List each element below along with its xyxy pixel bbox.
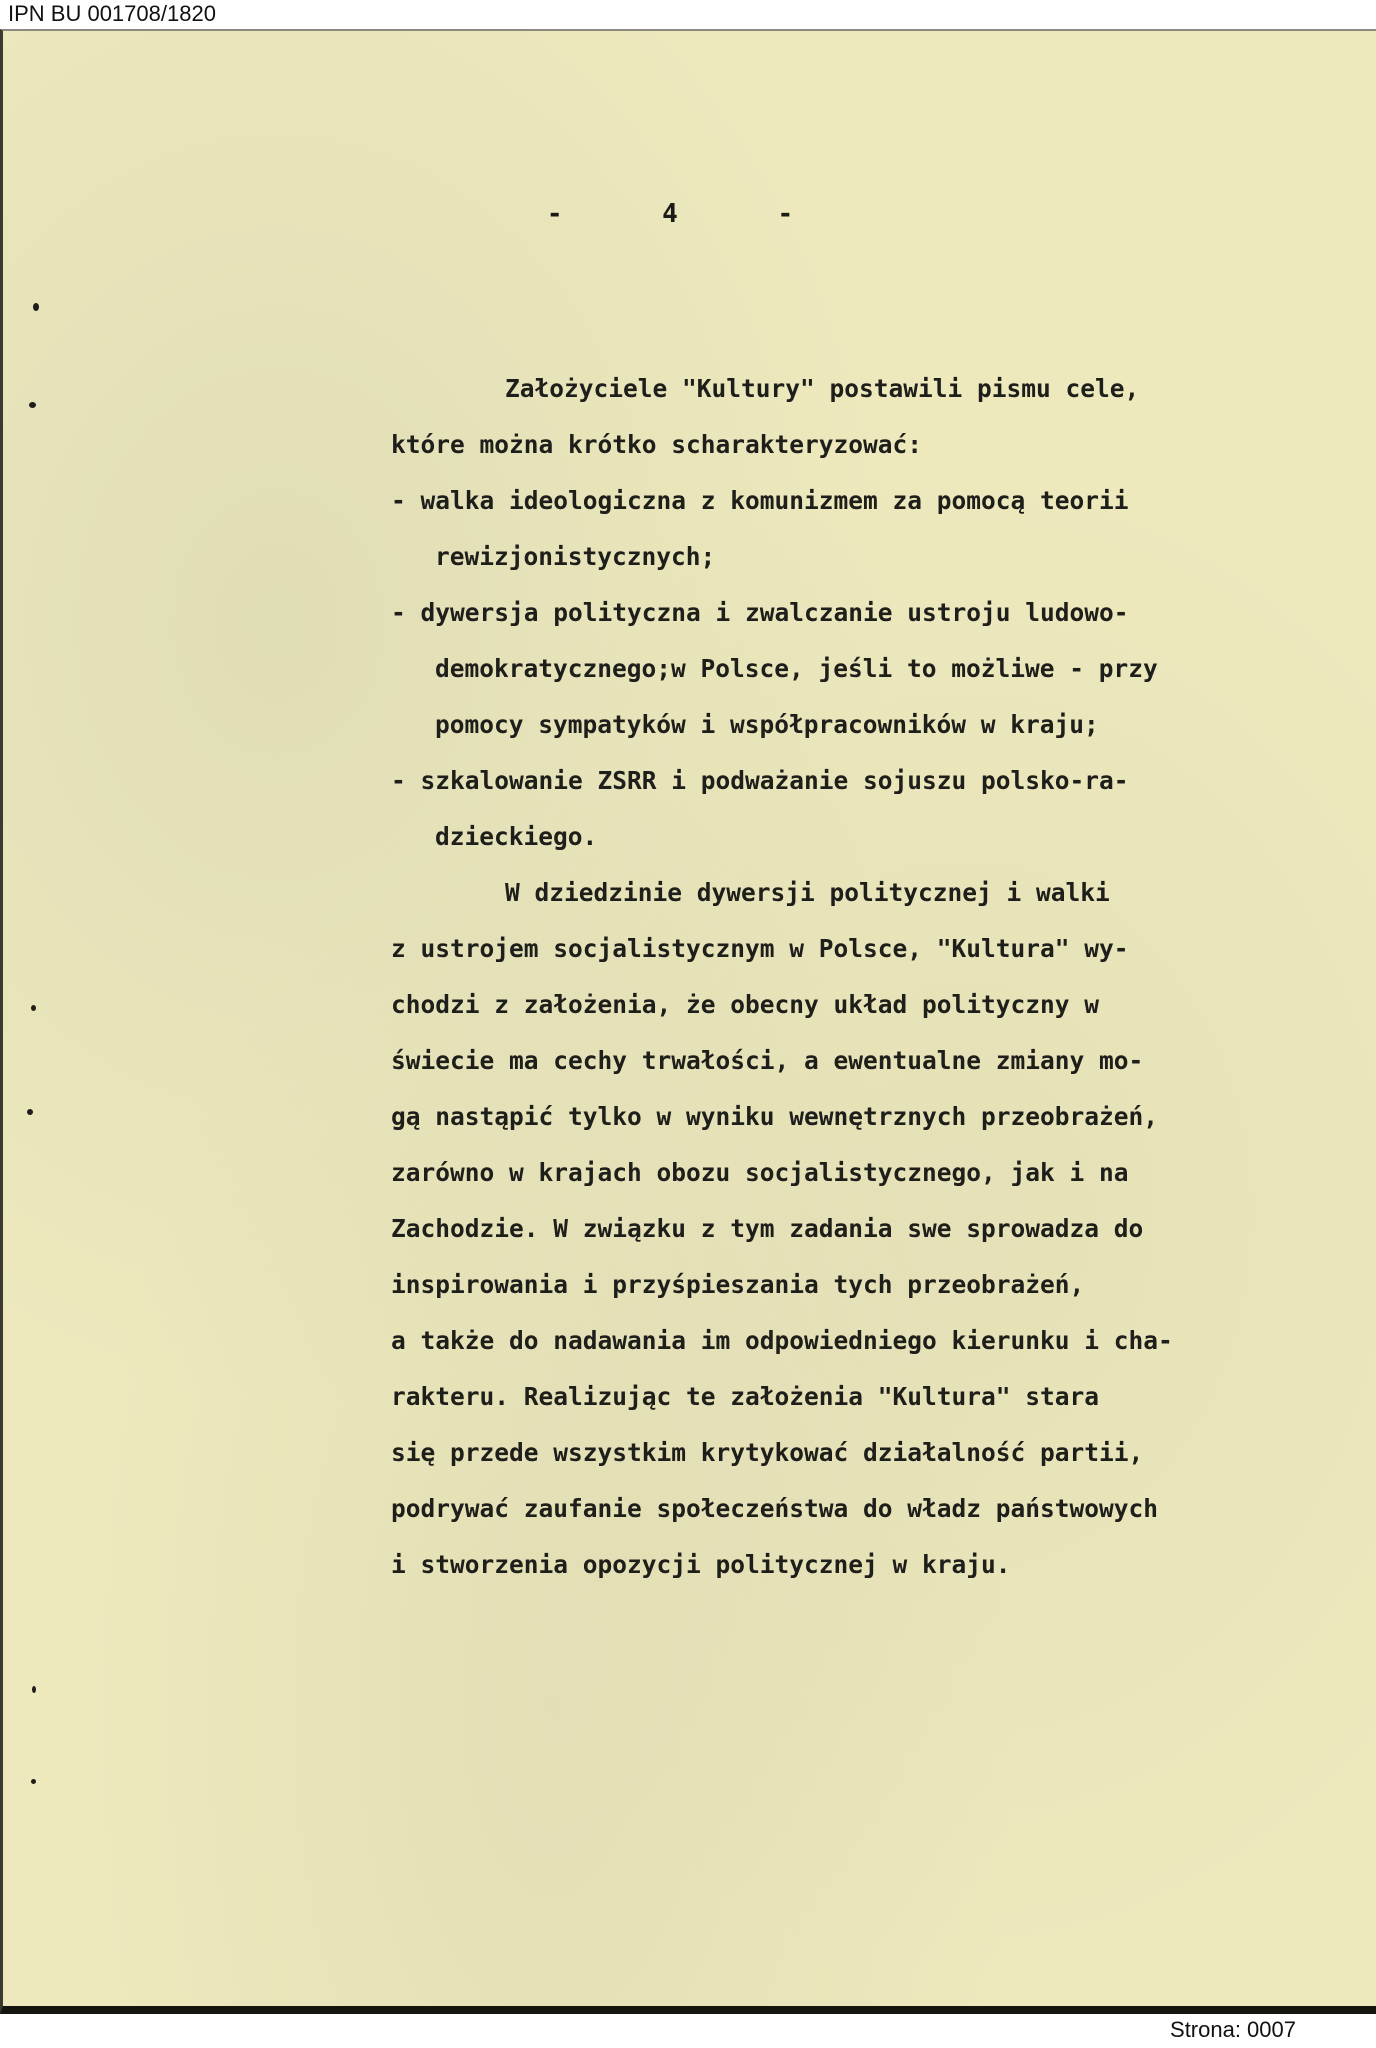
text-line: demokratycznego;w Polsce, jeśli to możli… [391,641,1351,697]
text-line: się przede wszystkim krytykować działaln… [391,1425,1351,1481]
goal-list: - walka ideologiczna z komunizmem za pom… [391,473,1351,865]
margin-speck-mark [32,1686,36,1693]
text-line: Założyciele "Kultury" postawili pismu ce… [391,361,1351,417]
text-line: z ustrojem socjalistycznym w Polsce, "Ku… [391,921,1351,977]
text-line: rakteru. Realizując te założenia "Kultur… [391,1369,1351,1425]
margin-speck-mark [31,1779,36,1784]
goal-item: - walka ideologiczna z komunizmem za pom… [391,473,1351,585]
text-line: i stworzenia opozycji politycznej w kraj… [391,1537,1351,1593]
text-line: inspirowania i przyśpieszania tych przeo… [391,1257,1351,1313]
text-line: zarówno w krajach obozu socjalistycznego… [391,1145,1351,1201]
text-line: pomocy sympatyków i współpracowników w k… [391,697,1351,753]
text-line: - szkalowanie ZSRR i podważanie sojuszu … [391,753,1351,809]
text-line: świecie ma cechy trwałości, a ewentualne… [391,1033,1351,1089]
text-line: a także do nadawania im odpowiedniego ki… [391,1313,1351,1369]
text-line: podrywać zaufanie społeczeństwa do władz… [391,1481,1351,1537]
text-line: Zachodzie. W związku z tym zadania swe s… [391,1201,1351,1257]
text-line: chodzi z założenia, że obecny układ poli… [391,977,1351,1033]
page-counter: Strona: 0007 [1170,2016,1296,2044]
intro-paragraph: Założyciele "Kultury" postawili pismu ce… [391,361,1351,473]
text-line: gą nastąpić tylko w wyniku wewnętrznych … [391,1089,1351,1145]
text-line: dzieckiego. [391,809,1351,865]
margin-speck-mark [31,1005,36,1011]
margin-speck-mark [27,1109,33,1115]
document-body: Założyciele "Kultury" postawili pismu ce… [391,361,1351,1593]
main-paragraph: W dziedzinie dywersji politycznej i walk… [391,865,1351,1593]
archive-signature-label: IPN BU 001708/1820 [8,0,216,28]
margin-speck-mark [33,303,39,311]
text-line: W dziedzinie dywersji politycznej i walk… [391,865,1351,921]
text-line: rewizjonistycznych; [391,529,1351,585]
text-line: - walka ideologiczna z komunizmem za pom… [391,473,1351,529]
page-number: - 4 - [3,199,1376,229]
goal-item: - szkalowanie ZSRR i podważanie sojuszu … [391,753,1351,865]
goal-item: - dywersja polityczna i zwalczanie ustro… [391,585,1351,753]
scanned-page: - 4 - Założyciele "Kultury" postawili pi… [0,29,1376,2014]
text-line: które można krótko scharakteryzować: [391,417,1351,473]
text-line: - dywersja polityczna i zwalczanie ustro… [391,585,1351,641]
margin-speck-mark [29,402,36,408]
